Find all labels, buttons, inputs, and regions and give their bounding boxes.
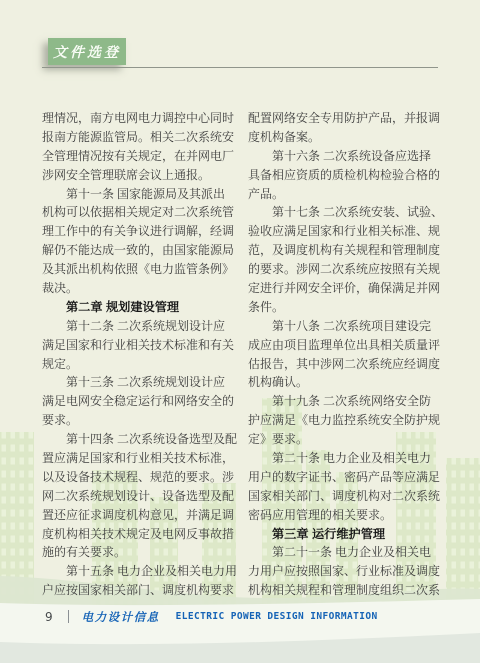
text-line: 度机构相关技术规定及电网反事故措 <box>42 525 234 544</box>
text-line: 度机构备案。 <box>248 128 440 147</box>
text-line: 护应满足《电力监控系统安全防护规 <box>248 411 440 430</box>
text-line: 报南方能源监管局。相关二次系统安 <box>42 128 234 147</box>
text-line: 定》要求。 <box>248 430 440 449</box>
text-line: 全管理情况按有关规定，在并网电厂 <box>42 147 234 166</box>
text-line: 规定。 <box>42 355 234 374</box>
page-number: 9 <box>45 610 53 624</box>
text-line: 置应满足国家和行业相关技术标准， <box>42 449 234 468</box>
text-line: 产品。 <box>248 185 440 204</box>
text-line: 解仍不能达成一致的，由国家能源局 <box>42 241 234 260</box>
text-line: 第十九条 二次系统网络安全防 <box>248 392 440 411</box>
text-line: 机构可以依据相关规定对二次系统管 <box>42 203 234 222</box>
text-line: 裁决。 <box>42 279 234 298</box>
text-line: 用户的数字证书、密码产品等应满足 <box>248 468 440 487</box>
chapter-heading: 第二章 规划建设管理 <box>42 298 234 317</box>
text-line: 的要求。涉网二次系统应按照有关规 <box>248 260 440 279</box>
text-line: 具备相应资质的质检机构检验合格的 <box>248 166 440 185</box>
text-line: 成应由项目监理单位出具相关质量评 <box>248 336 440 355</box>
text-line: 第十五条 电力企业及相关电力用 <box>42 562 234 581</box>
chapter-heading: 第三章 运行维护管理 <box>248 525 440 544</box>
text-line: 理情况，南方电网电力调控中心同时 <box>42 109 234 128</box>
text-line: 估报告，其中涉网二次系统应经调度 <box>248 355 440 374</box>
column-left: 理情况，南方电网电力调控中心同时报南方能源监管局。相关二次系统安全管理情况按有关… <box>42 109 234 600</box>
text-line: 满足国家和行业相关技术标准和有关 <box>42 336 234 355</box>
text-line: 以及设备技术规程、规范的要求。涉 <box>42 468 234 487</box>
text-line: 范，及调度机构有关规程和管理制度 <box>248 241 440 260</box>
text-line: 第二十一条 电力企业及相关电 <box>248 543 440 562</box>
footer-divider <box>68 610 69 623</box>
text-line: 网二次系统规划设计、设备选型及配 <box>42 487 234 506</box>
section-label-text: 文件选登 <box>53 42 121 62</box>
journal-title-en: ELECTRIC POWER DESIGN INFORMATION <box>176 611 378 622</box>
text-line: 第十七条 二次系统安装、试验、 <box>248 203 440 222</box>
text-line: 国家相关部门、调度机构对二次系统 <box>248 487 440 506</box>
text-line: 力用户应按照国家、行业标准及调度 <box>248 562 440 581</box>
text-line: 满足电网安全稳定运行和网络安全的 <box>42 392 234 411</box>
magazine-page: 文件选登 理情况，南方电网电力调控中心同时报南方能源监管局。相关二次系统安全管理… <box>0 0 480 663</box>
text-line: 定进行并网安全评价，确保满足并网 <box>248 279 440 298</box>
text-line: 第十六条 二次系统设备应选择 <box>248 147 440 166</box>
text-line: 施的有关要求。 <box>42 543 234 562</box>
text-line: 密码应用管理的相关要求。 <box>248 506 440 525</box>
text-line: 第十四条 二次系统设备选型及配 <box>42 430 234 449</box>
text-line: 验收应满足国家和行业相关标准、规 <box>248 222 440 241</box>
page-footer: 9 电力设计信息 ELECTRIC POWER DESIGN INFORMATI… <box>45 608 378 625</box>
text-line: 条件。 <box>248 298 440 317</box>
article-body: 理情况，南方电网电力调控中心同时报南方能源监管局。相关二次系统安全管理情况按有关… <box>42 109 440 600</box>
text-line: 要求。 <box>42 411 234 430</box>
header-rule <box>42 67 438 68</box>
section-label-box: 文件选登 <box>48 38 126 65</box>
text-line: 第十一条 国家能源局及其派出 <box>42 185 234 204</box>
text-line: 涉网安全管理联席会议上通报。 <box>42 166 234 185</box>
text-line: 配置网络安全专用防护产品，并报调 <box>248 109 440 128</box>
text-line: 第十八条 二次系统项目建设完 <box>248 317 440 336</box>
text-line: 机构相关规程和管理制度组织二次系 <box>248 581 440 600</box>
text-line: 第二十条 电力企业及相关电力 <box>248 449 440 468</box>
text-line: 置还应征求调度机构意见，并满足调 <box>42 506 234 525</box>
text-line: 机构确认。 <box>248 373 440 392</box>
text-line: 及其派出机构依照《电力监管条例》 <box>42 260 234 279</box>
text-line: 户应按国家相关部门、调度机构要求 <box>42 581 234 600</box>
column-right: 配置网络安全专用防护产品，并报调度机构备案。第十六条 二次系统设备应选择具备相应… <box>248 109 440 600</box>
text-line: 第十三条 二次系统规划设计应 <box>42 373 234 392</box>
journal-title-cn: 电力设计信息 <box>82 609 160 625</box>
text-line: 理工作中的有关争议进行调解，经调 <box>42 222 234 241</box>
text-line: 第十二条 二次系统规划设计应 <box>42 317 234 336</box>
